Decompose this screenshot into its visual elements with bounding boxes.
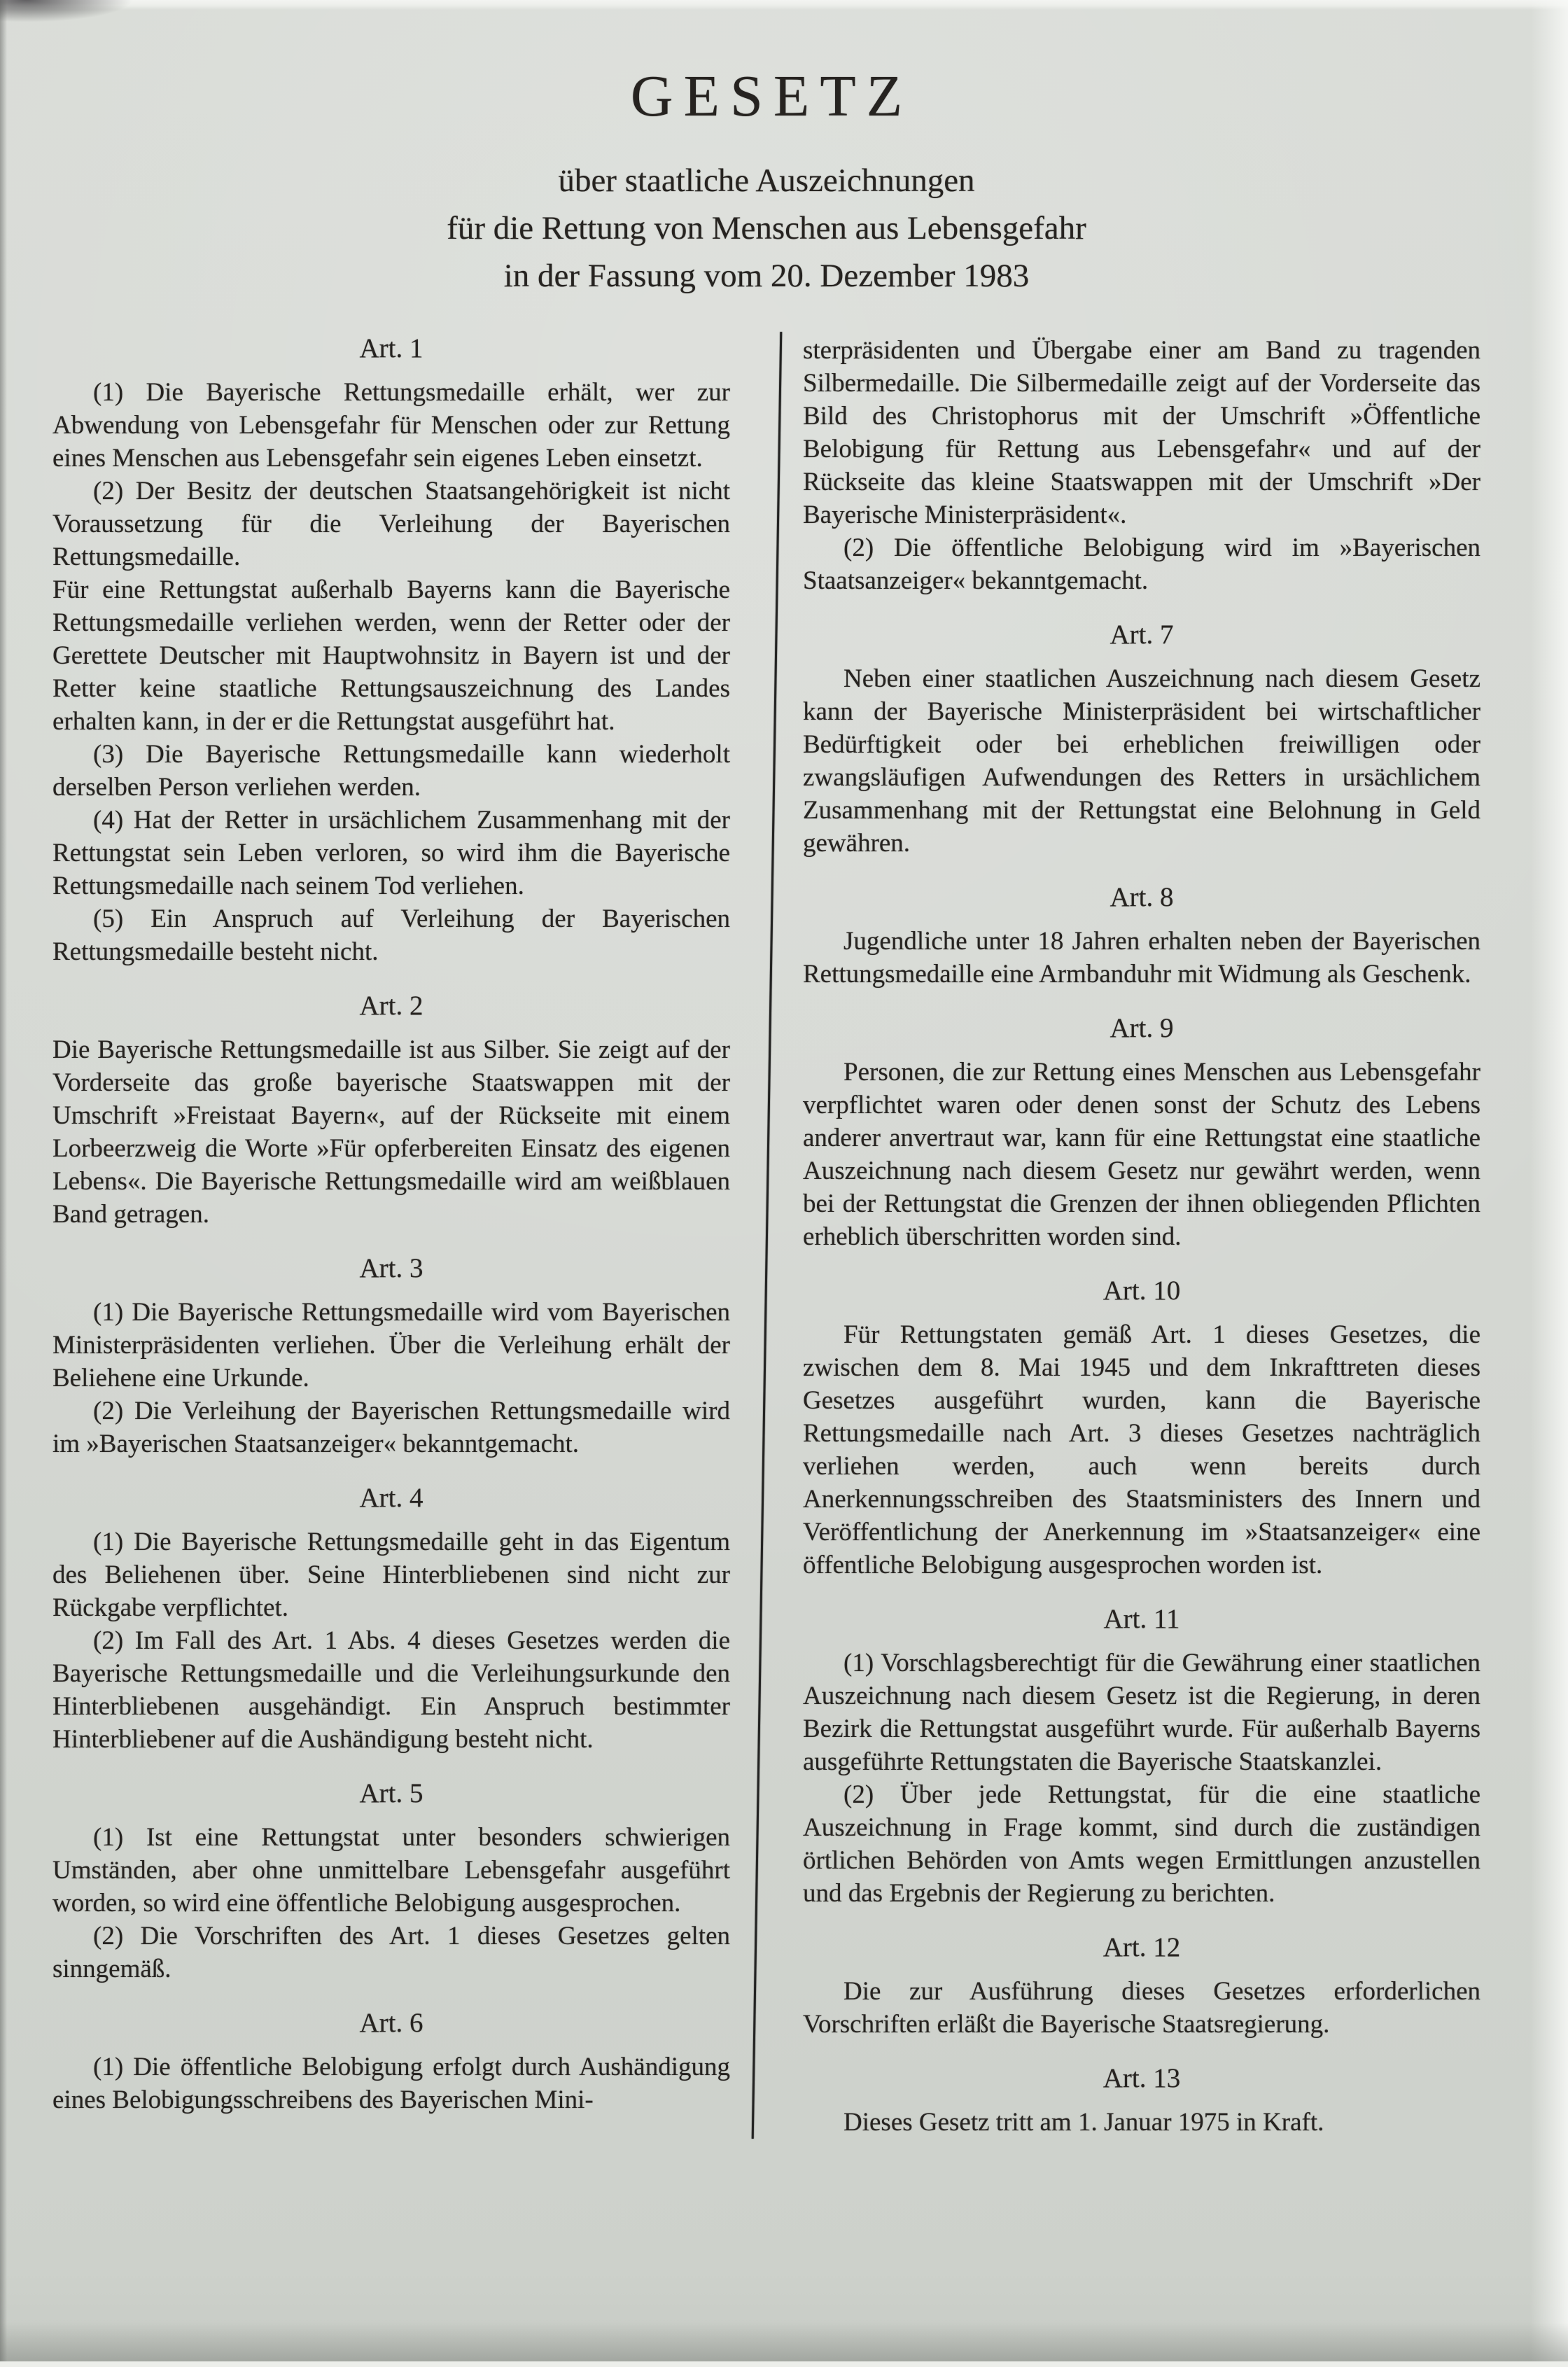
article-12-heading: Art. 12 — [803, 1931, 1480, 1964]
page-photo: { "page": { "title": "GESETZ", "subtitle… — [0, 0, 1568, 2367]
article-6-heading: Art. 6 — [52, 2006, 730, 2039]
article-13-heading: Art. 13 — [803, 2062, 1480, 2095]
article-8-paragraph: Jugendliche unter 18 Jahren erhalten neb… — [803, 925, 1480, 991]
article-7-paragraph: Neben einer staatlichen Auszeichnung nac… — [803, 662, 1480, 860]
subtitle-line-3: in der Fassung vom 20. Dezember 1983 — [52, 252, 1480, 300]
article-4: Art. 4 (1) Die Bayerische Rettungsmedail… — [52, 1481, 730, 1756]
article-6: Art. 6 (1) Die öffentliche Belobigung er… — [52, 2006, 730, 2116]
right-column: sterpräsidenten und Übergabe einer am Ba… — [803, 332, 1480, 2139]
article-1-paragraph: (1) Die Bayerische Rettungsmedaille erhä… — [52, 376, 730, 475]
article-6-paragraph: (2) Die öffentliche Belobigung wird im »… — [803, 531, 1480, 597]
article-1-paragraph: (3) Die Bayerische Rettungsmedaille kann… — [52, 738, 730, 804]
article-5-paragraph: (1) Ist eine Rettungstat unter besonders… — [52, 1821, 730, 1920]
article-10-heading: Art. 10 — [803, 1274, 1480, 1307]
photo-bottom-shadow — [0, 2317, 1568, 2367]
page-title: GESETZ — [52, 67, 1480, 126]
article-2-heading: Art. 2 — [52, 989, 730, 1022]
article-2: Art. 2 Die Bayerische Rettungsmedaille i… — [52, 989, 730, 1231]
document-subtitle: über staatliche Auszeichnungen für die R… — [52, 157, 1480, 300]
article-9: Art. 9 Personen, die zur Rettung eines M… — [803, 1012, 1480, 1253]
photo-left-edge — [0, 0, 8, 2367]
article-9-heading: Art. 9 — [803, 1012, 1480, 1045]
article-8-heading: Art. 8 — [803, 881, 1480, 914]
article-12-paragraph: Die zur Ausführung dieses Gesetzes erfor… — [803, 1975, 1480, 2041]
two-column-layout: Art. 1 (1) Die Bayerische Rettungsmedail… — [52, 332, 1480, 2139]
article-13: Art. 13 Dieses Gesetz tritt am 1. Januar… — [803, 2062, 1480, 2139]
article-5-paragraph: (2) Die Vorschriften des Art. 1 dieses G… — [52, 1920, 730, 1985]
article-13-paragraph: Dieses Gesetz tritt am 1. Januar 1975 in… — [803, 2106, 1480, 2139]
article-4-heading: Art. 4 — [52, 1481, 730, 1514]
article-5-heading: Art. 5 — [52, 1777, 730, 1810]
left-column: Art. 1 (1) Die Bayerische Rettungsmedail… — [52, 332, 730, 2139]
article-4-paragraph: (2) Im Fall des Art. 1 Abs. 4 dieses Ges… — [52, 1624, 730, 1756]
article-5: Art. 5 (1) Ist eine Rettungstat unter be… — [52, 1777, 730, 1985]
book-page: GESETZ über staatliche Auszeichnungen fü… — [0, 0, 1568, 2367]
article-11-paragraph: (2) Über jede Rettungstat, für die eine … — [803, 1778, 1480, 1910]
article-6-paragraph: sterpräsidenten und Übergabe einer am Ba… — [803, 334, 1480, 531]
photo-right-edge — [1527, 0, 1568, 2367]
article-6-paragraph: (1) Die öffentliche Belobigung erfolgt d… — [52, 2051, 730, 2116]
article-1-heading: Art. 1 — [52, 332, 730, 365]
article-10-paragraph: Für Rettungstaten gemäß Art. 1 dieses Ge… — [803, 1318, 1480, 1582]
article-1-paragraph: Für eine Rettungstat außerhalb Bayerns k… — [52, 573, 730, 738]
article-11-paragraph: (1) Vorschlagsberechtigt für die Gewähru… — [803, 1647, 1480, 1778]
article-11-heading: Art. 11 — [803, 1603, 1480, 1635]
subtitle-line-1: über staatliche Auszeichnungen — [52, 157, 1480, 204]
photo-bottom-edge — [0, 2361, 1568, 2367]
article-1-paragraph: (2) Der Besitz der deutschen Staatsangeh… — [52, 475, 730, 573]
page-content: GESETZ über staatliche Auszeichnungen fü… — [52, 0, 1480, 2139]
article-12: Art. 12 Die zur Ausführung dieses Gesetz… — [803, 1931, 1480, 2041]
subtitle-line-2: für die Rettung von Menschen aus Lebensg… — [52, 204, 1480, 252]
article-3-heading: Art. 3 — [52, 1252, 730, 1285]
column-divider-rule — [751, 332, 782, 2139]
article-7: Art. 7 Neben einer staatlichen Auszeichn… — [803, 618, 1480, 860]
article-4-paragraph: (1) Die Bayerische Rettungsmedaille geht… — [52, 1525, 730, 1624]
document-header: GESETZ über staatliche Auszeichnungen fü… — [52, 67, 1480, 300]
article-2-paragraph: Die Bayerische Rettungsmedaille ist aus … — [52, 1033, 730, 1231]
article-11: Art. 11 (1) Vorschlagsberechtigt für die… — [803, 1603, 1480, 1910]
article-1-paragraph: (4) Hat der Retter in ursächlichem Zusam… — [52, 804, 730, 902]
article-1-paragraph: (5) Ein Anspruch auf Verleihung der Baye… — [52, 902, 730, 968]
article-3-paragraph: (2) Die Verleihung der Bayerischen Rettu… — [52, 1395, 730, 1460]
article-10: Art. 10 Für Rettungstaten gemäß Art. 1 d… — [803, 1274, 1480, 1582]
article-1: Art. 1 (1) Die Bayerische Rettungsmedail… — [52, 332, 730, 968]
article-3-paragraph: (1) Die Bayerische Rettungsmedaille wird… — [52, 1296, 730, 1395]
article-3: Art. 3 (1) Die Bayerische Rettungsmedail… — [52, 1252, 730, 1460]
article-8: Art. 8 Jugendliche unter 18 Jahren erhal… — [803, 881, 1480, 991]
article-6-continuation: sterpräsidenten und Übergabe einer am Ba… — [803, 334, 1480, 597]
article-7-heading: Art. 7 — [803, 618, 1480, 651]
article-9-paragraph: Personen, die zur Rettung eines Menschen… — [803, 1056, 1480, 1253]
